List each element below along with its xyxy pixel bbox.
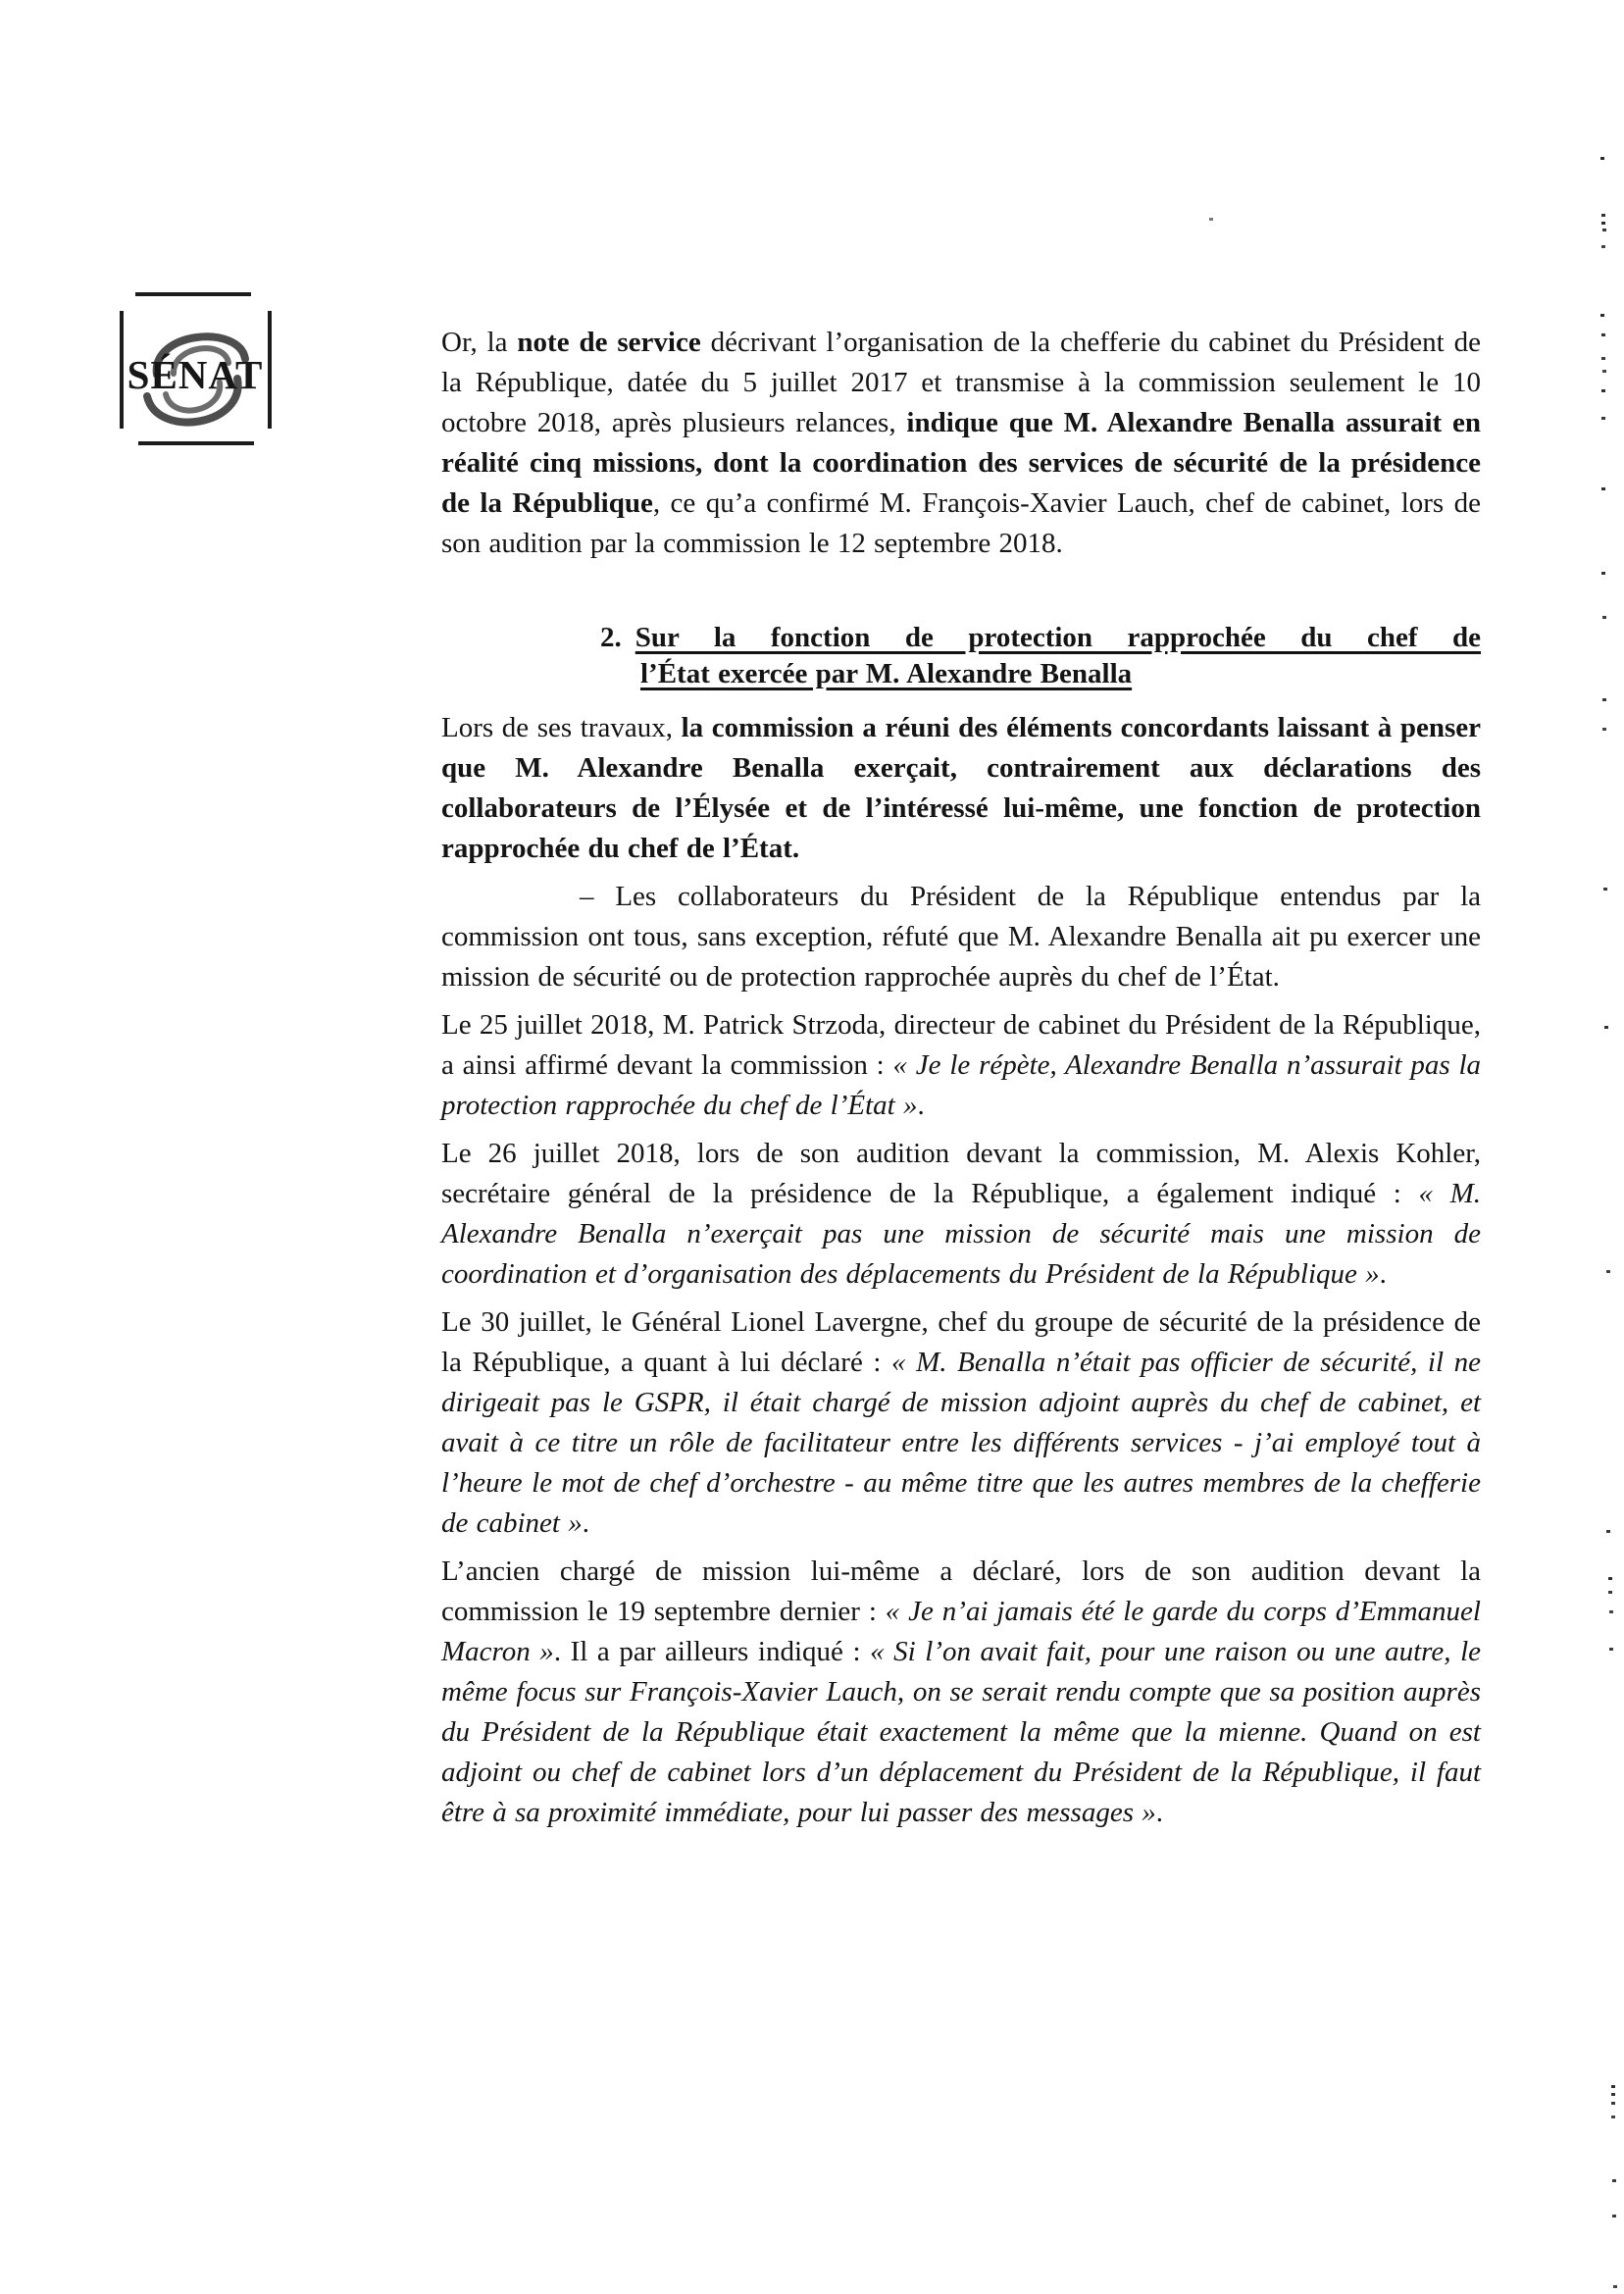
paragraph-collaborateurs: – Les collaborateurs du Président de la … [441,877,1481,997]
senat-logo: SÉNAT [116,286,280,455]
section-heading-line1: 2. Sur la fonction de protection rapproc… [441,620,1481,656]
paragraph-benalla-declaration: L’ancien chargé de mission lui-même a dé… [441,1552,1481,1833]
senat-logo-text: SÉNAT [127,352,264,397]
scan-artifact [0,0,4,3]
text-run: . [1156,1797,1163,1828]
text-run: . Il a par ailleurs indiqué : [554,1636,870,1667]
text-run-bold: note de service [517,327,700,358]
text-run: Le 26 juillet 2018, lors de son audition… [441,1138,1481,1209]
senat-stamp-icon: SÉNAT [116,286,280,455]
text-run: Or, la [441,327,517,358]
paragraph-note-de-service: Or, la note de service décrivant l’organ… [441,323,1481,564]
paragraph-strzoda: Le 25 juillet 2018, M. Patrick Strzoda, … [441,1005,1481,1126]
section-heading-2: 2. Sur la fonction de protection rapproc… [441,620,1481,692]
paragraph-commission-elements: Lors de ses travaux, la commission a réu… [441,708,1481,869]
paragraph-lavergne: Le 30 juillet, le Général Lionel Lavergn… [441,1302,1481,1544]
heading-text-line1: Sur la fonction de protection rapprochée… [635,620,1481,656]
section-heading-line2: l’État exercée par M. Alexandre Benalla [441,656,1481,692]
text-run: . [917,1090,924,1121]
text-run: – Les collaborateurs du Président de la … [441,881,1481,993]
document-body: Or, la note de service décrivant l’organ… [441,323,1481,1841]
text-run: . [1380,1258,1387,1290]
heading-text-line2: l’État exercée par M. Alexandre Benalla [640,658,1132,689]
text-run: . [583,1507,589,1539]
paragraph-kohler: Le 26 juillet 2018, lors de son audition… [441,1134,1481,1295]
document-page: SÉNAT Or, la note de service décrivant l… [0,0,1624,2294]
heading-number: 2. [600,620,622,656]
text-run: Lors de ses travaux, [441,712,682,743]
